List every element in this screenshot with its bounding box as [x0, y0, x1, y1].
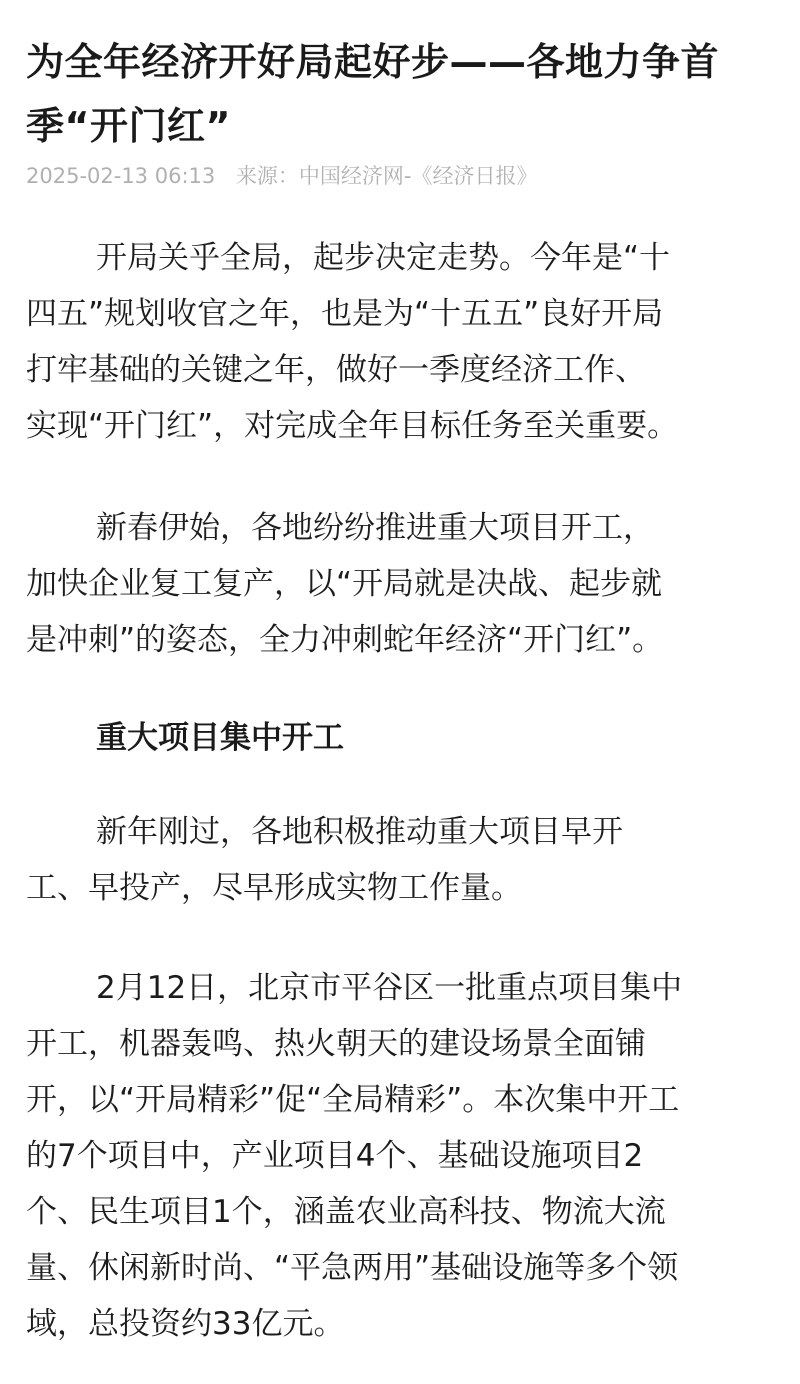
- text-line: 的7个项目中，产业项目4个、基础设施项目2: [26, 1128, 786, 1184]
- title-line: 季“开门红”: [26, 94, 786, 158]
- publish-datetime: 2025-02-13 06:13: [26, 164, 215, 188]
- text-line: 新春伊始，各地纷纷推进重大项目开工，: [26, 500, 786, 556]
- text-line: 新年刚过，各地积极推动重大项目早开: [26, 804, 786, 860]
- text-line: 四五”规划收官之年，也是为“十五五”良好开局: [26, 286, 786, 342]
- title-line: 为全年经济开好局起好步——各地力争首: [26, 30, 786, 94]
- text-line: 打牢基础的关键之年，做好一季度经济工作、: [26, 342, 786, 398]
- text-line: 个、民生项目1个，涵盖农业高科技、物流大流: [26, 1184, 786, 1240]
- text-line: 加快企业复工复产，以“开局就是决战、起步就: [26, 556, 786, 612]
- text-line: 实现“开门红”，对完成全年目标任务至关重要。: [26, 398, 786, 454]
- paragraph-intro: 开局关乎全局，起步决定走势。今年是“十 四五”规划收官之年，也是为“十五五”良好…: [26, 230, 786, 454]
- text-line: 是冲刺”的姿态，全力冲刺蛇年经济“开门红”。: [26, 612, 786, 668]
- paragraph-spring: 新春伊始，各地纷纷推进重大项目开工， 加快企业复工复产，以“开局就是决战、起步就…: [26, 500, 786, 668]
- article-meta: 2025-02-13 06:13 来源：中国经济网-《经济日报》: [26, 160, 538, 190]
- text-line: 开，以“开局精彩”促“全局精彩”。本次集中开工: [26, 1072, 786, 1128]
- text-line: 量、休闲新时尚、“平急两用”基础设施等多个领: [26, 1240, 786, 1296]
- article-source: 来源：中国经济网-《经济日报》: [236, 164, 538, 188]
- paragraph-pinggu: 2月12日，北京市平谷区一批重点项目集中 开工，机器轰鸣、热火朝天的建设场景全面…: [26, 960, 786, 1352]
- article-title: 为全年经济开好局起好步——各地力争首 季“开门红”: [26, 30, 786, 158]
- text-line: 域，总投资约33亿元。: [26, 1296, 786, 1352]
- text-line: 开工，机器轰鸣、热火朝天的建设场景全面铺: [26, 1016, 786, 1072]
- text-line: 开局关乎全局，起步决定走势。今年是“十: [26, 230, 786, 286]
- paragraph-new-year: 新年刚过，各地积极推动重大项目早开 工、早投产，尽早形成实物工作量。: [26, 804, 786, 916]
- text-line: 工、早投产，尽早形成实物工作量。: [26, 860, 786, 916]
- section-subheading: 重大项目集中开工: [96, 710, 344, 766]
- text-line: 2月12日，北京市平谷区一批重点项目集中: [26, 960, 786, 1016]
